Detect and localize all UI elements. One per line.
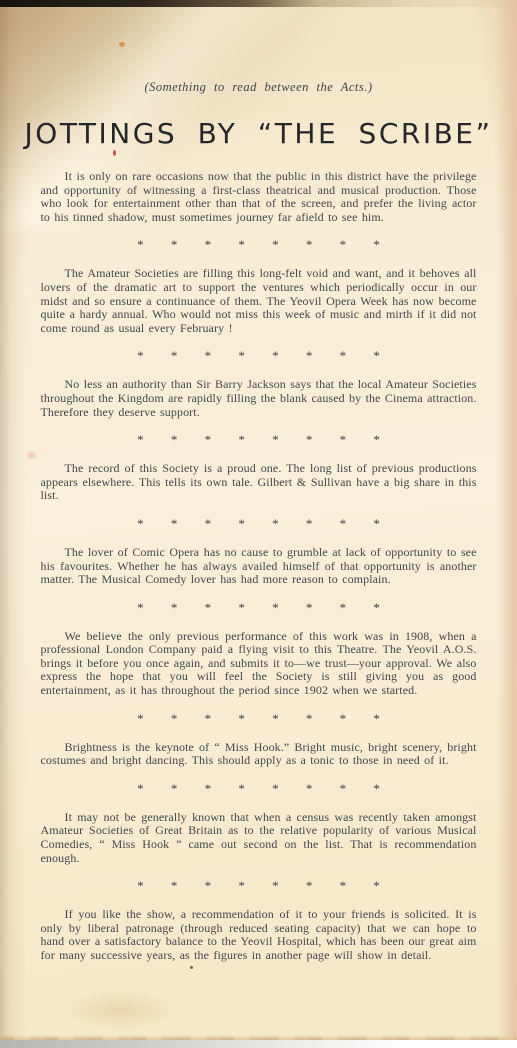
paragraph-4: The record of this Society is a proud on… xyxy=(41,462,477,503)
asterisk-separator: * * * * * * * * xyxy=(41,239,477,251)
asterisk-separator: * * * * * * * * xyxy=(41,602,477,614)
paragraph-2: The Amateur Societies are filling this l… xyxy=(41,267,477,335)
paragraph-5: The lover of Comic Opera has no cause to… xyxy=(41,546,477,587)
scanned-programme-page: (Something to read between the Acts.) JO… xyxy=(0,0,517,1048)
paragraph-7: Brightness is the keynote of “ Miss Hook… xyxy=(41,741,477,768)
paragraph-3: No less an authority than Sir Barry Jack… xyxy=(41,378,477,419)
page-content: (Something to read between the Acts.) JO… xyxy=(0,0,517,963)
asterisk-separator: * * * * * * * * xyxy=(41,783,477,795)
asterisk-separator: * * * * * * * * xyxy=(41,350,477,362)
page-title: JOTTINGS BY “THE SCRIBE” xyxy=(0,117,517,150)
paragraph-6: We believe the only previous performance… xyxy=(41,630,477,698)
bottom-scan-edge xyxy=(0,1040,517,1048)
paragraph-8: It may not be generally known that when … xyxy=(41,811,477,865)
kicker-line: (Something to read between the Acts.) xyxy=(0,80,517,95)
asterisk-separator: * * * * * * * * xyxy=(41,880,477,892)
paper-speck xyxy=(190,966,193,969)
paragraph-9: If you like the show, a recommendation o… xyxy=(41,908,477,962)
paragraph-1: It is only on rare occasions now that th… xyxy=(41,170,477,224)
asterisk-separator: * * * * * * * * xyxy=(41,713,477,725)
asterisk-separator: * * * * * * * * xyxy=(41,434,477,446)
body-column: It is only on rare occasions now that th… xyxy=(41,170,477,963)
paper-stain xyxy=(60,990,180,1030)
asterisk-separator: * * * * * * * * xyxy=(41,518,477,530)
